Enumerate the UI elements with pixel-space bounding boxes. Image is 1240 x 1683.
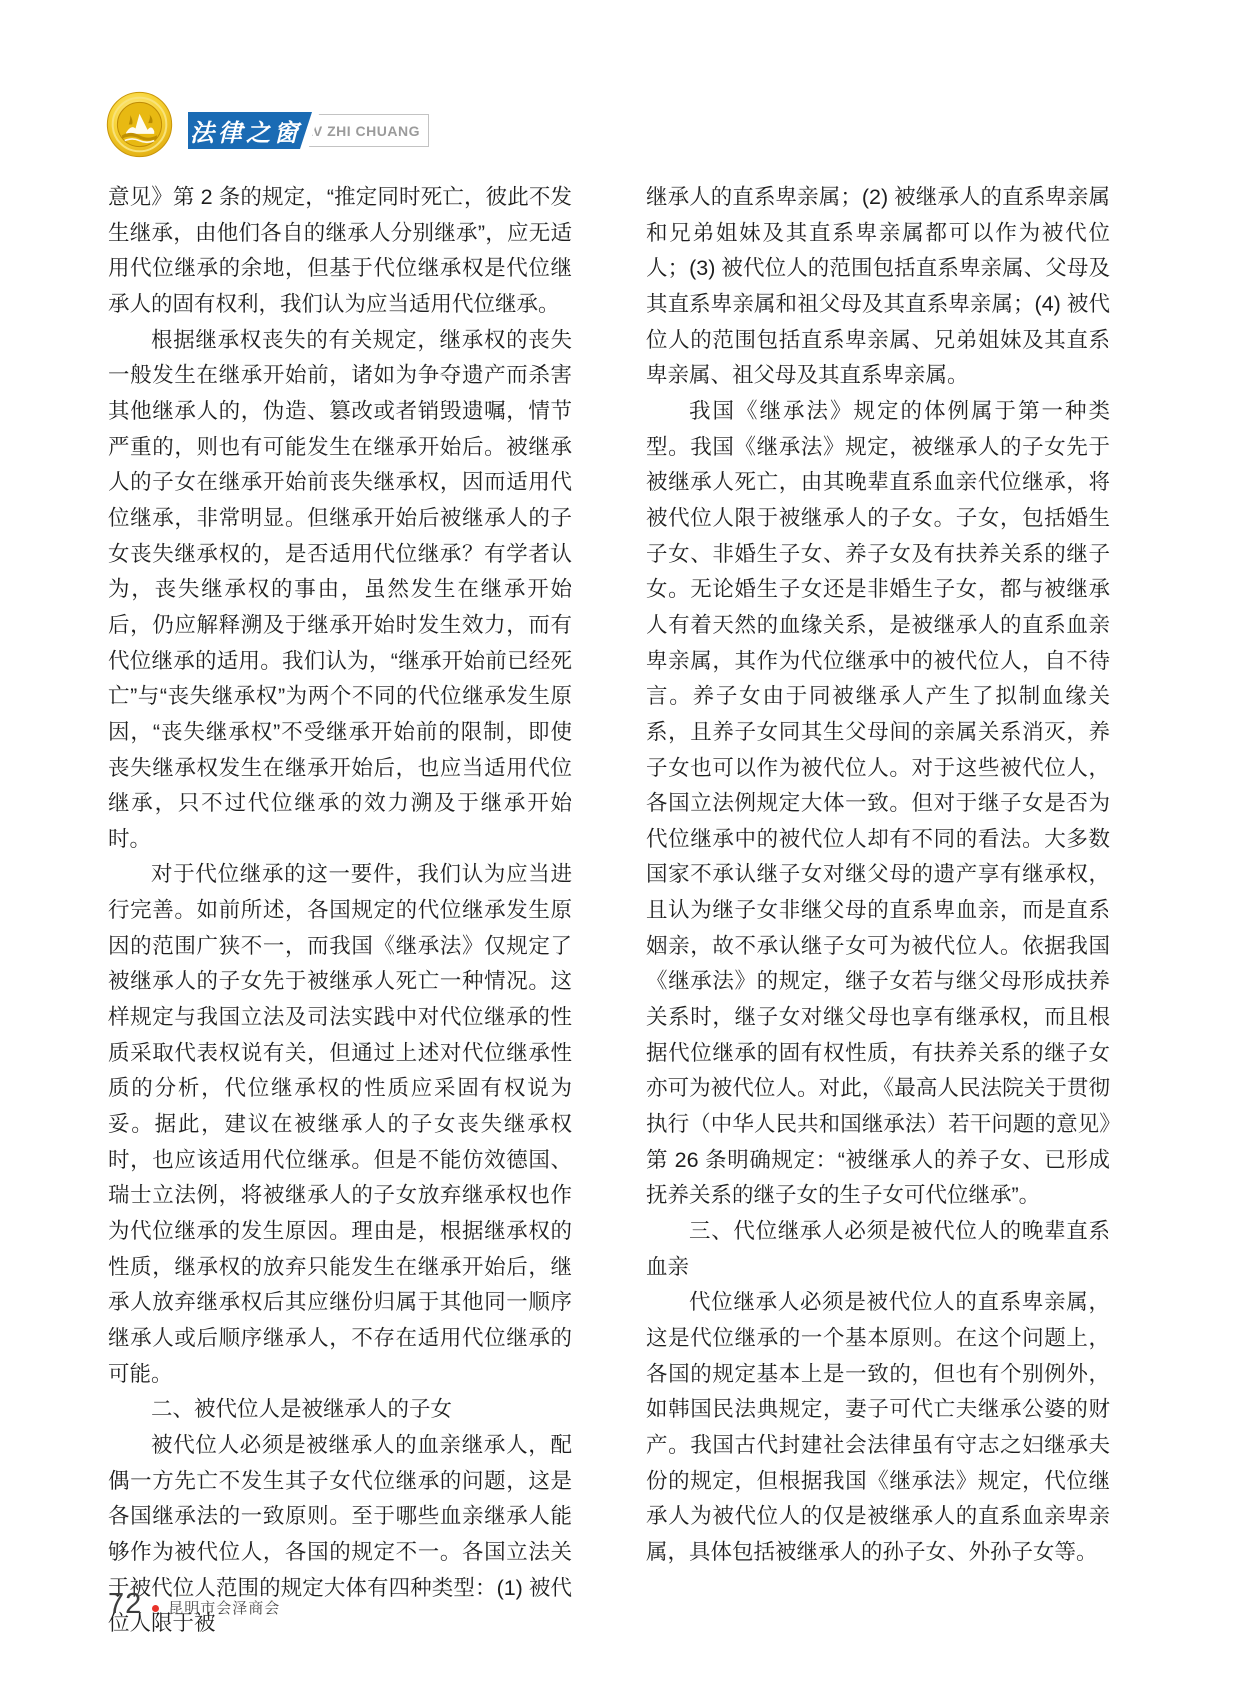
paragraph: 对于代位继承的这一要件，我们认为应当进行完善。如前所述，各国规定的代位继承发生原… xyxy=(108,857,572,1392)
paragraph: 根据继承权丧失的有关规定，继承权的丧失一般发生在继承开始前，诸如为争夺遗产而杀害… xyxy=(108,323,572,858)
page-header: FA LV ZHI CHUANG 法律之窗 xyxy=(0,0,1240,170)
article-column-left: 意见》第 2 条的规定，“推定同时死亡，彼此不发生继承，由他们各自的继承人分别继… xyxy=(108,180,572,1642)
section-title-band: 法律之窗 xyxy=(188,112,312,149)
magazine-page: FA LV ZHI CHUANG 法律之窗 意见》第 2 条的规定，“推定同时死… xyxy=(0,0,1240,1683)
section-title-label: 法律之窗 xyxy=(190,113,310,148)
footer-dot-icon xyxy=(152,1605,159,1612)
section-heading: 三、代位继承人必须是被代位人的晚辈直系血亲 xyxy=(646,1214,1110,1285)
paragraph: 继承人的直系卑亲属；(2) 被继承人的直系卑亲属和兄弟姐妹及其直系卑亲属都可以作… xyxy=(646,180,1110,394)
paragraph: 意见》第 2 条的规定，“推定同时死亡，彼此不发生继承，由他们各自的继承人分别继… xyxy=(108,180,572,323)
paragraph: 代位继承人必须是被代位人的直系卑亲属，这是代位继承的一个基本原则。在这个问题上，… xyxy=(646,1285,1110,1570)
publication-name: 昆明市会泽商会 xyxy=(168,1597,280,1618)
paragraph: 我国《继承法》规定的体例属于第一种类型。我国《继承法》规定，被继承人的子女先于被… xyxy=(646,394,1110,1214)
section-pinyin-box: FA LV ZHI CHUANG xyxy=(300,114,429,147)
page-number: 72 xyxy=(108,1588,142,1621)
gold-coin-logo-icon xyxy=(106,91,173,158)
section-heading: 二、被代位人是被继承人的子女 xyxy=(108,1392,572,1428)
article-column-right: 继承人的直系卑亲属；(2) 被继承人的直系卑亲属和兄弟姐妹及其直系卑亲属都可以作… xyxy=(646,180,1110,1571)
page-footer: 72 昆明市会泽商会 xyxy=(108,1588,280,1621)
